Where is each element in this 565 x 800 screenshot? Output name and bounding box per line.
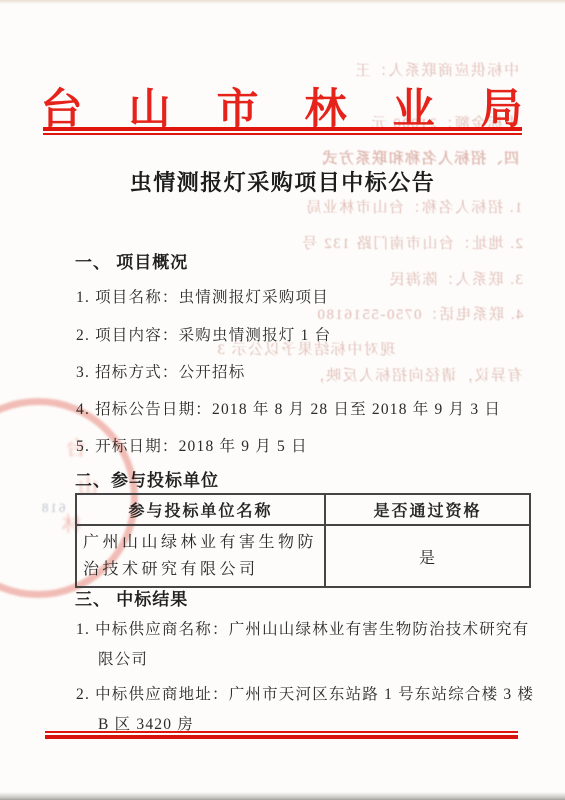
section-heading-bidders: 二、参与投标单位 [75, 466, 219, 491]
overview-item-project-content: 2. 项目内容：采购虫情测报灯 1 台 [76, 323, 331, 345]
letterhead-divider [43, 127, 522, 135]
bleedthrough-line: 3. 联系人：陈海民 [388, 268, 523, 289]
overview-item-bidding-method: 3. 招标方式：公开招标 [76, 360, 245, 382]
scanned-document-page: 中标供应商联系人：王 中标金额：21000 元 四、招标人名称和联系方式 1. … [0, 0, 565, 800]
section-heading-overview: 一、 项目概况 [75, 248, 188, 273]
bidders-table-header-name: 参与投标单位名称 [76, 494, 325, 525]
bleedthrough-line: 1. 招标人名称：台山市林业局 [305, 196, 523, 217]
bidders-table: 参与投标单位名称 是否通过资格 广州山山绿林业有害生物防治技术研究有限公司 是 [75, 493, 531, 588]
bleedthrough-line: 有异议，请径向招标人反映， [308, 364, 523, 385]
table-row: 广州山山绿林业有害生物防治技术研究有限公司 是 [76, 525, 530, 587]
bleedthrough-line: 2. 地址：台山市南门路 132 号 [301, 232, 523, 253]
bleedthrough-line: 四、招标人名称和联系方式 [321, 147, 519, 168]
bleedthrough-line: 4. 联系电话：0750-5516180 [316, 303, 524, 324]
bidder-name-cell: 广州山山绿林业有害生物防治技术研究有限公司 [76, 525, 325, 587]
document-title: 虫情测报灯采购项目中标公告 [0, 166, 565, 197]
footer-divider [45, 731, 518, 739]
result-item-winner-name: 1. 中标供应商名称：广州山山绿林业有害生物防治技术研究有限公司 [76, 615, 536, 675]
overview-item-project-name: 1. 项目名称：虫情测报灯采购项目 [76, 285, 329, 307]
bidders-table-header-row: 参与投标单位名称 是否通过资格 [76, 494, 530, 525]
bidders-table-header-qualified: 是否通过资格 [325, 494, 530, 525]
seal-digits: 618 [40, 500, 66, 516]
overview-item-announcement-dates: 4. 招标公告日期：2018 年 8 月 28 日至 2018 年 9 月 3 … [76, 397, 501, 419]
bidder-qualified-cell: 是 [325, 525, 530, 587]
overview-item-opening-date: 5. 开标日期：2018 年 9 月 5 日 [76, 434, 308, 456]
section-heading-result: 三、 中标结果 [75, 585, 188, 610]
